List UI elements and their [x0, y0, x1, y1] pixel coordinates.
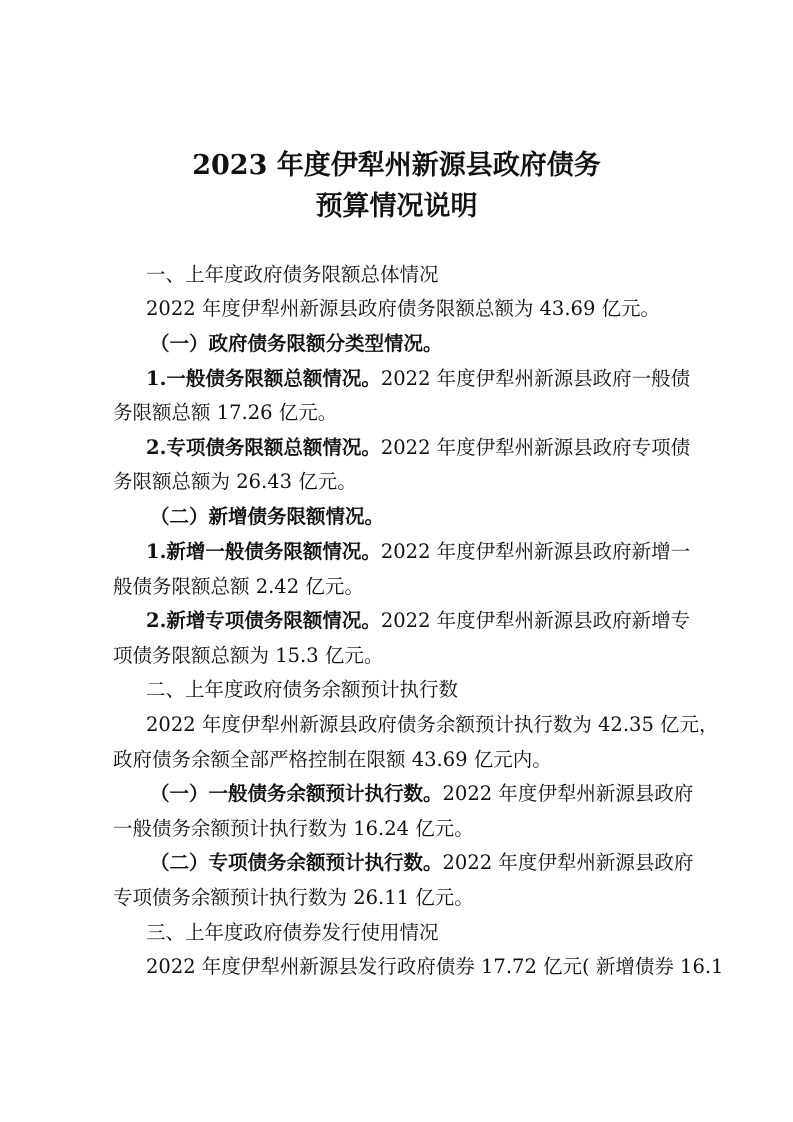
paragraph-text: 2022 年度伊犁州新源县政府新增专: [381, 609, 690, 632]
paragraph: 一般债务余额预计执行数为 16.24 亿元。: [113, 817, 474, 841]
bold-lead: （一）一般债务余额预计执行数。: [150, 782, 443, 805]
section-heading-3: 三、上年度政府债券发行使用情况: [146, 921, 439, 945]
paragraph: 2022 年度伊犁州新源县发行政府债券 17.72 亿元( 新增债券 16.1: [146, 955, 723, 979]
paragraph: 1.新增一般债务限额情况。2022 年度伊犁州新源县政府新增一: [146, 540, 690, 564]
paragraph-text: 2022 年度伊犁州新源县政府: [443, 851, 694, 874]
section-heading-1: 一、上年度政府债务限额总体情况: [146, 263, 439, 287]
paragraph: 政府债务余额全部严格控制在限额 43.69 亿元内。: [113, 748, 552, 772]
paragraph: 般债务限额总额 2.42 亿元。: [113, 575, 364, 599]
paragraph: （一）一般债务余额预计执行数。2022 年度伊犁州新源县政府: [150, 782, 693, 806]
paragraph: （二）专项债务余额预计执行数。2022 年度伊犁州新源县政府: [150, 851, 693, 875]
paragraph: 2022 年度伊犁州新源县政府债务余额预计执行数为 42.35 亿元，: [146, 713, 719, 737]
paragraph-text: 2022 年度伊犁州新源县政府一般债: [381, 367, 690, 390]
bold-lead: （二）专项债务余额预计执行数。: [150, 851, 443, 874]
bold-lead: 1.新增一般债务限额情况。: [146, 540, 381, 563]
subsection-heading: （二）新增债务限额情况。: [150, 505, 384, 529]
document-page: 2023 年度伊犁州新源县政府债务 预算情况说明 一、上年度政府债务限额总体情况…: [0, 0, 793, 1122]
paragraph: 2.专项债务限额总额情况。2022 年度伊犁州新源县政府专项债: [146, 436, 690, 460]
paragraph-text: 2022 年度伊犁州新源县政府: [443, 782, 694, 805]
section-heading-2: 二、上年度政府债务余额预计执行数: [146, 678, 458, 702]
paragraph-text: 2022 年度伊犁州新源县政府新增一: [381, 540, 690, 563]
paragraph: 2022 年度伊犁州新源县政府债务限额总额为 43.69 亿元。: [146, 297, 660, 321]
bold-lead: 1.一般债务限额总额情况。: [146, 367, 381, 390]
paragraph-text: 2022 年度伊犁州新源县政府专项债: [381, 436, 690, 459]
paragraph: 务限额总额 17.26 亿元。: [113, 401, 337, 425]
paragraph: 2.新增专项债务限额情况。2022 年度伊犁州新源县政府新增专: [146, 609, 690, 633]
paragraph: 专项债务余额预计执行数为 26.11 亿元。: [113, 886, 474, 910]
paragraph: 务限额总额为 26.43 亿元。: [113, 470, 357, 494]
paragraph: 项债务限额总额为 15.3 亿元。: [113, 644, 383, 668]
document-title-line1: 2023 年度伊犁州新源县政府债务: [0, 143, 793, 182]
bold-lead: 2.专项债务限额总额情况。: [146, 436, 381, 459]
document-title-line2: 预算情况说明: [0, 184, 793, 223]
bold-lead: 2.新增专项债务限额情况。: [146, 609, 381, 632]
paragraph: 1.一般债务限额总额情况。2022 年度伊犁州新源县政府一般债: [146, 367, 690, 391]
subsection-heading: （一）政府债务限额分类型情况。: [150, 332, 443, 356]
